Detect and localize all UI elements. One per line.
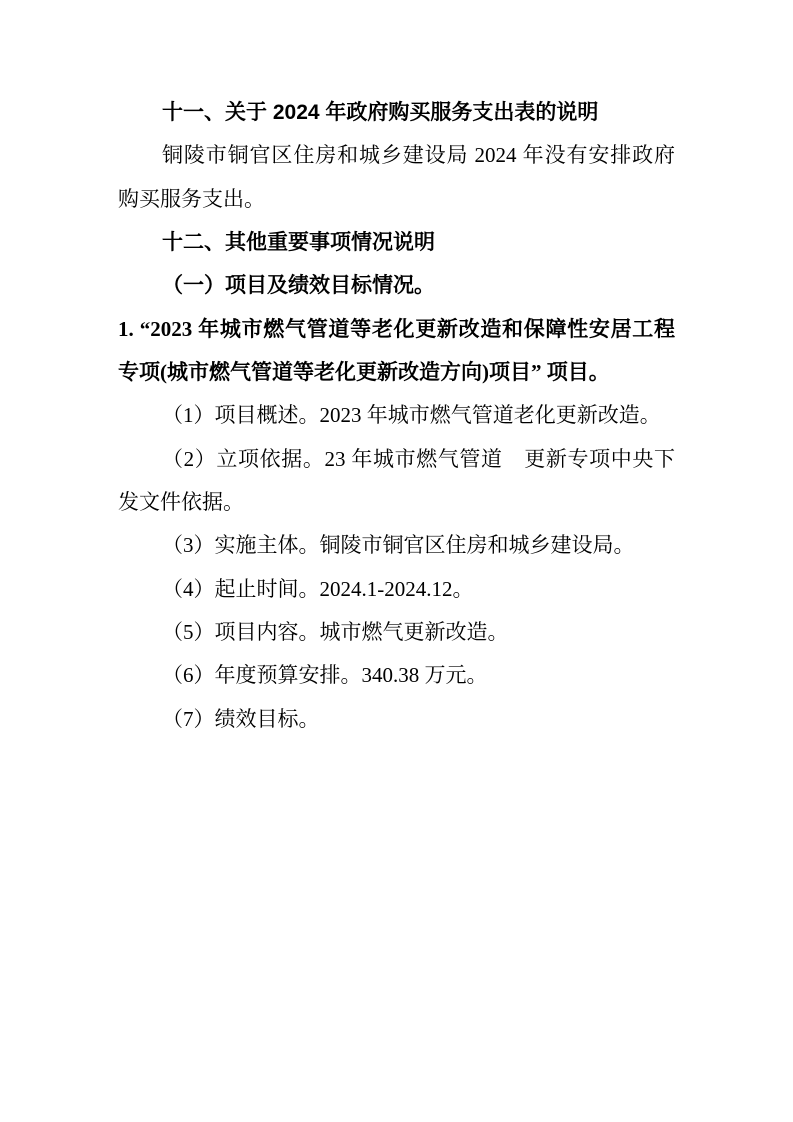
section-12-subheading: （一）项目及绩效目标情况。	[118, 264, 675, 307]
project-item-3: （3）实施主体。铜陵市铜官区住房和城乡建设局。	[118, 524, 675, 567]
project-item-line: （1）项目概述。2023 年城市燃气管道老化更新改造。	[118, 394, 675, 437]
section-11-heading: 十一、关于 2024 年政府购买服务支出表的说明	[118, 91, 675, 134]
project-item-line: （5）项目内容。城市燃气更新改造。	[118, 611, 675, 654]
project-item-7: （7）绩效目标。	[118, 698, 675, 741]
project-item-6: （6）年度预算安排。340.38 万元。	[118, 654, 675, 697]
project-item-2: （2）立项依据。23 年城市燃气管道 更新专项中央下 发文件依据。	[118, 438, 675, 525]
section-11-paragraph-line: 购买服务支出。	[118, 178, 675, 221]
project-item-line: （2）立项依据。23 年城市燃气管道 更新专项中央下	[118, 438, 675, 481]
document-page: 十一、关于 2024 年政府购买服务支出表的说明 铜陵市铜官区住房和城乡建设局 …	[0, 0, 793, 1122]
project-item-line: （4）起止时间。2024.1-2024.12。	[118, 568, 675, 611]
project-title-line: 专项(城市燃气管道等老化更新改造方向)项目” 项目。	[118, 351, 675, 394]
section-12-heading: 十二、其他重要事项情况说明	[118, 221, 675, 264]
project-item-5: （5）项目内容。城市燃气更新改造。	[118, 611, 675, 654]
project-item-1: （1）项目概述。2023 年城市燃气管道老化更新改造。	[118, 394, 675, 437]
section-12: 十二、其他重要事项情况说明 （一）项目及绩效目标情况。 1. “2023 年城市…	[118, 221, 675, 741]
section-11-paragraph-line: 铜陵市铜官区住房和城乡建设局 2024 年没有安排政府	[118, 134, 675, 177]
project-item-line: （7）绩效目标。	[118, 698, 675, 741]
project-item-line: 发文件依据。	[118, 481, 675, 524]
project-item-4: （4）起止时间。2024.1-2024.12。	[118, 568, 675, 611]
section-11: 十一、关于 2024 年政府购买服务支出表的说明 铜陵市铜官区住房和城乡建设局 …	[118, 91, 675, 221]
project-item-line: （6）年度预算安排。340.38 万元。	[118, 654, 675, 697]
project-title: 1. “2023 年城市燃气管道等老化更新改造和保障性安居工程 专项(城市燃气管…	[118, 308, 675, 395]
project-item-line: （3）实施主体。铜陵市铜官区住房和城乡建设局。	[118, 524, 675, 567]
project-title-line: 1. “2023 年城市燃气管道等老化更新改造和保障性安居工程	[118, 308, 675, 351]
